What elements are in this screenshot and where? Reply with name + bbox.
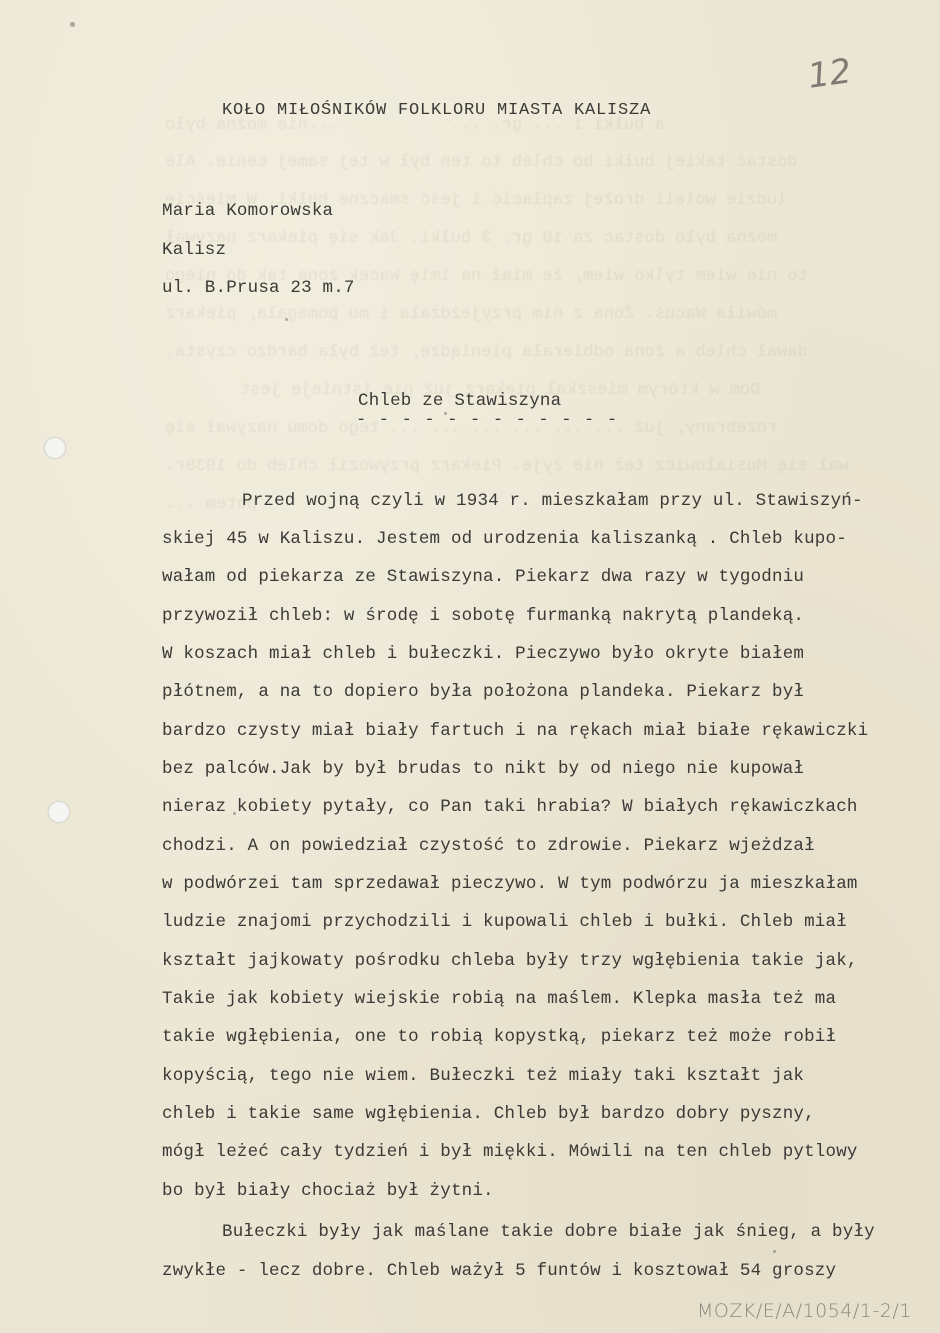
body-line: takie wgłębienia, one to robią kopystką,… xyxy=(162,1027,836,1047)
body-line: zwykłe - lecz dobre. Chleb ważył 5 funtó… xyxy=(162,1261,836,1281)
body-line: wałam od piekarza ze Stawiszyna. Piekarz… xyxy=(162,567,804,587)
author-city: Kalisz xyxy=(162,240,226,260)
body-line: przywoził chleb: w środę i sobotę furman… xyxy=(162,606,804,626)
author-name: Maria Komorowska xyxy=(162,201,333,221)
bleed-through-line: można było dostać za 10 gr. 3 bułki. Jak… xyxy=(165,229,777,248)
body-line: W koszach miał chleb i bułeczki. Pieczyw… xyxy=(162,644,804,664)
body-line: chleb i takie same wgłębienia. Chleb był… xyxy=(162,1104,815,1124)
body-line: Takie jak kobiety wiejskie robią na maśl… xyxy=(162,989,836,1009)
body-line: mógł leżeć cały tydzień i był miękki. Mó… xyxy=(162,1142,858,1162)
bleed-through-line: dawał chleb a żona odbierała pieniądze, … xyxy=(165,343,808,362)
body-line: bo był biały chociaż był żytni. xyxy=(162,1181,494,1201)
body-line: Bułeczki były jak maślane takie dobre bi… xyxy=(222,1222,875,1242)
organization-header: KOŁO MIŁOŚNIKÓW FOLKLORU MIASTA KALISZA xyxy=(222,101,651,120)
body-line: ludzie znajomi przychodzili i kupowali c… xyxy=(162,912,847,932)
bleed-through-line: wał się Musiałowicz też nie żyje. Piekar… xyxy=(165,457,849,476)
paper-speck xyxy=(285,318,288,321)
body-line: bez palców.Jak by był brudas to nikt by … xyxy=(162,759,804,779)
body-line: kopyścią, tego nie wiem. Bułeczki też mi… xyxy=(162,1066,804,1086)
punch-hole-icon xyxy=(48,801,70,823)
paper-speck xyxy=(773,1250,776,1253)
bleed-through-line: dostać takiej bułki bo chleb to ten był … xyxy=(165,153,798,172)
body-line: skiej 45 w Kaliszu. Jestem od urodzenia … xyxy=(162,529,847,549)
handwritten-page-number: 12 xyxy=(805,51,853,97)
document-title: Chleb ze Stawiszyna xyxy=(358,391,561,411)
body-line: nieraz kobiety pytały, co Pan taki hrabi… xyxy=(162,797,858,817)
punch-hole-icon xyxy=(44,437,66,459)
archive-signature: MOZK/E/A/1054/1-2/1 xyxy=(697,1300,912,1322)
bleed-through-line: mówiła Wacuś. Żona z nim przyjeżdżała i … xyxy=(165,305,777,324)
paper-speck xyxy=(70,22,75,27)
title-underline: - - - - - - - - - - - - xyxy=(356,411,618,430)
body-line: płótnem, a na to dopiero była położona p… xyxy=(162,682,804,702)
body-line: kształt jajkowaty pośrodku chleba były t… xyxy=(162,951,858,971)
body-line: chodzi. A on powiedział czystość to zdro… xyxy=(162,836,815,856)
scanned-document-page: a bułki i ... gr. ... ...nie można było … xyxy=(0,0,940,1333)
body-line: bardzo czysty miał biały fartuch i na rę… xyxy=(162,721,868,741)
body-line: Przed wojną czyli w 1934 r. mieszkałam p… xyxy=(242,491,863,511)
author-address: ul. B.Prusa 23 m.7 xyxy=(162,278,355,298)
body-line: w podwórzei tam sprzedawał pieczywo. W t… xyxy=(162,874,858,894)
